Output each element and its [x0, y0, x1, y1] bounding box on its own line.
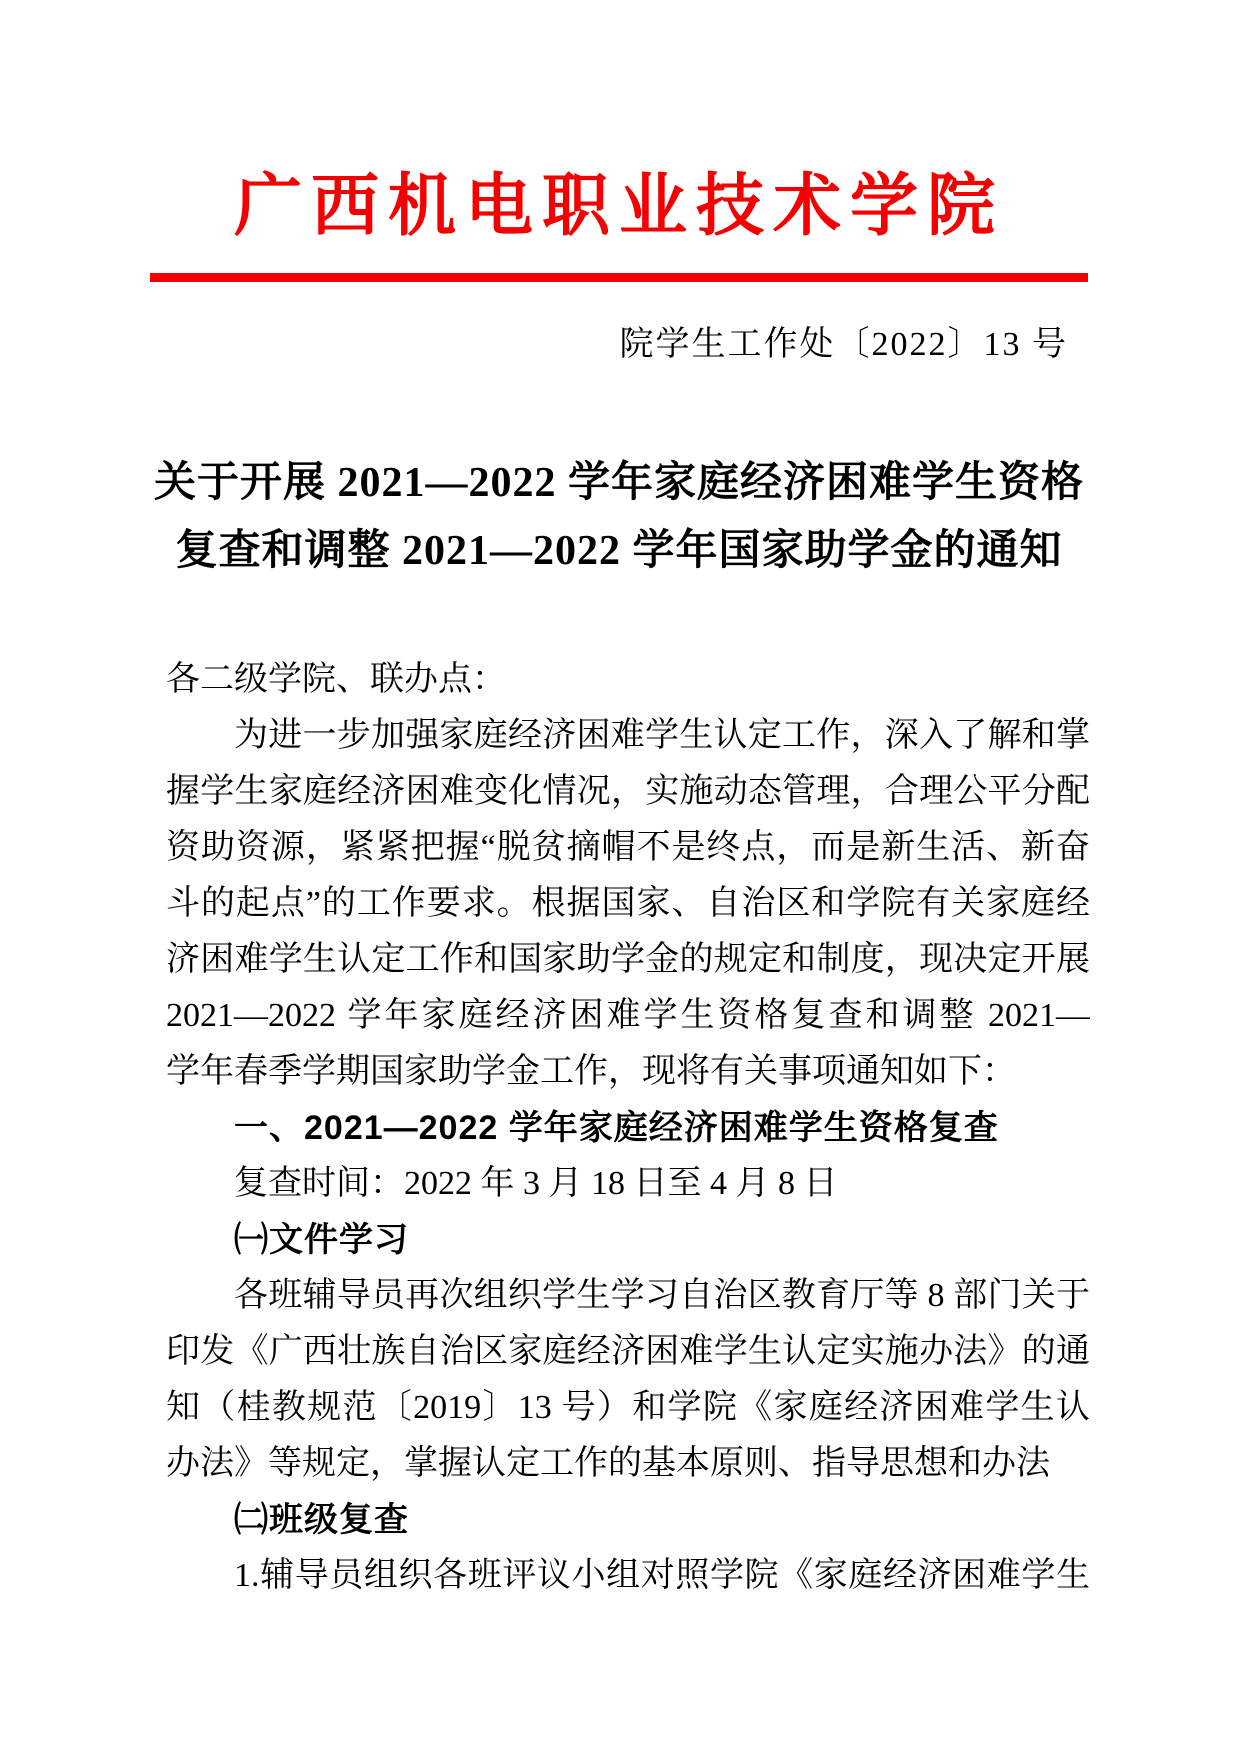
notice-title-line-1: 关于开展 2021—2022 学年家庭经济困难学生资格 [150, 449, 1088, 517]
notice-title: 关于开展 2021—2022 学年家庭经济困难学生资格 复查和调整 2021—2… [150, 449, 1088, 585]
document-page: 广西机电职业技术学院 院学生工作处〔2022〕13 号 关于开展 2021—20… [0, 0, 1240, 1753]
notice-title-line-2: 复查和调整 2021—2022 学年国家助学金的通知 [150, 517, 1088, 585]
body-line: 学年春季学期国家助学金工作，现将有关事项通知如下： [166, 1044, 1090, 1100]
body-line: 办法》等规定，掌握认定工作的基本原则、指导思想和办法等。 [166, 1436, 1090, 1492]
subsection-heading-1: ㈠文件学习 [166, 1212, 1090, 1268]
section-heading-1: 一、2021—2022 学年家庭经济困难学生资格复查 [166, 1100, 1090, 1156]
notice-body: 各二级学院、联办点： 为进一步加强家庭经济困难学生认定工作，深入了解和掌 握学生… [166, 652, 1090, 1604]
body-line: 为进一步加强家庭经济困难学生认定工作，深入了解和掌 [166, 708, 1090, 764]
letterhead-org-name: 广西机电职业技术学院 [150, 152, 1088, 249]
review-time-line: 复查时间：2022 年 3 月 18 日至 4 月 8 日 [166, 1156, 1090, 1212]
body-line: 资助资源，紧紧把握“脱贫摘帽不是终点，而是新生活、新奋 [166, 820, 1090, 876]
body-line: 斗的起点”的工作要求。根据国家、自治区和学院有关家庭经 [166, 876, 1090, 932]
body-line: 握学生家庭经济困难变化情况，实施动态管理，合理公平分配 [166, 764, 1090, 820]
body-line: 1.辅导员组织各班评议小组对照学院《家庭经济困难学生 [166, 1548, 1090, 1604]
subsection-heading-2: ㈡班级复查 [166, 1492, 1090, 1548]
body-line: 印发《广西壮族自治区家庭经济困难学生认定实施办法》的通 [166, 1324, 1090, 1380]
letterhead-separator-line [150, 273, 1088, 282]
body-line: 各班辅导员再次组织学生学习自治区教育厅等 8 部门关于 [166, 1268, 1090, 1324]
body-line: 知（桂教规范〔2019〕13 号）和学院《家庭经济困难学生认定 [166, 1380, 1090, 1436]
document-number: 院学生工作处〔2022〕13 号 [150, 316, 1088, 365]
body-line: 济困难学生认定工作和国家助学金的规定和制度，现决定开展 [166, 932, 1090, 988]
body-line: 2021—2022 学年家庭经济困难学生资格复查和调整 2021—2022 [166, 988, 1090, 1044]
salutation-line: 各二级学院、联办点： [166, 652, 1090, 708]
